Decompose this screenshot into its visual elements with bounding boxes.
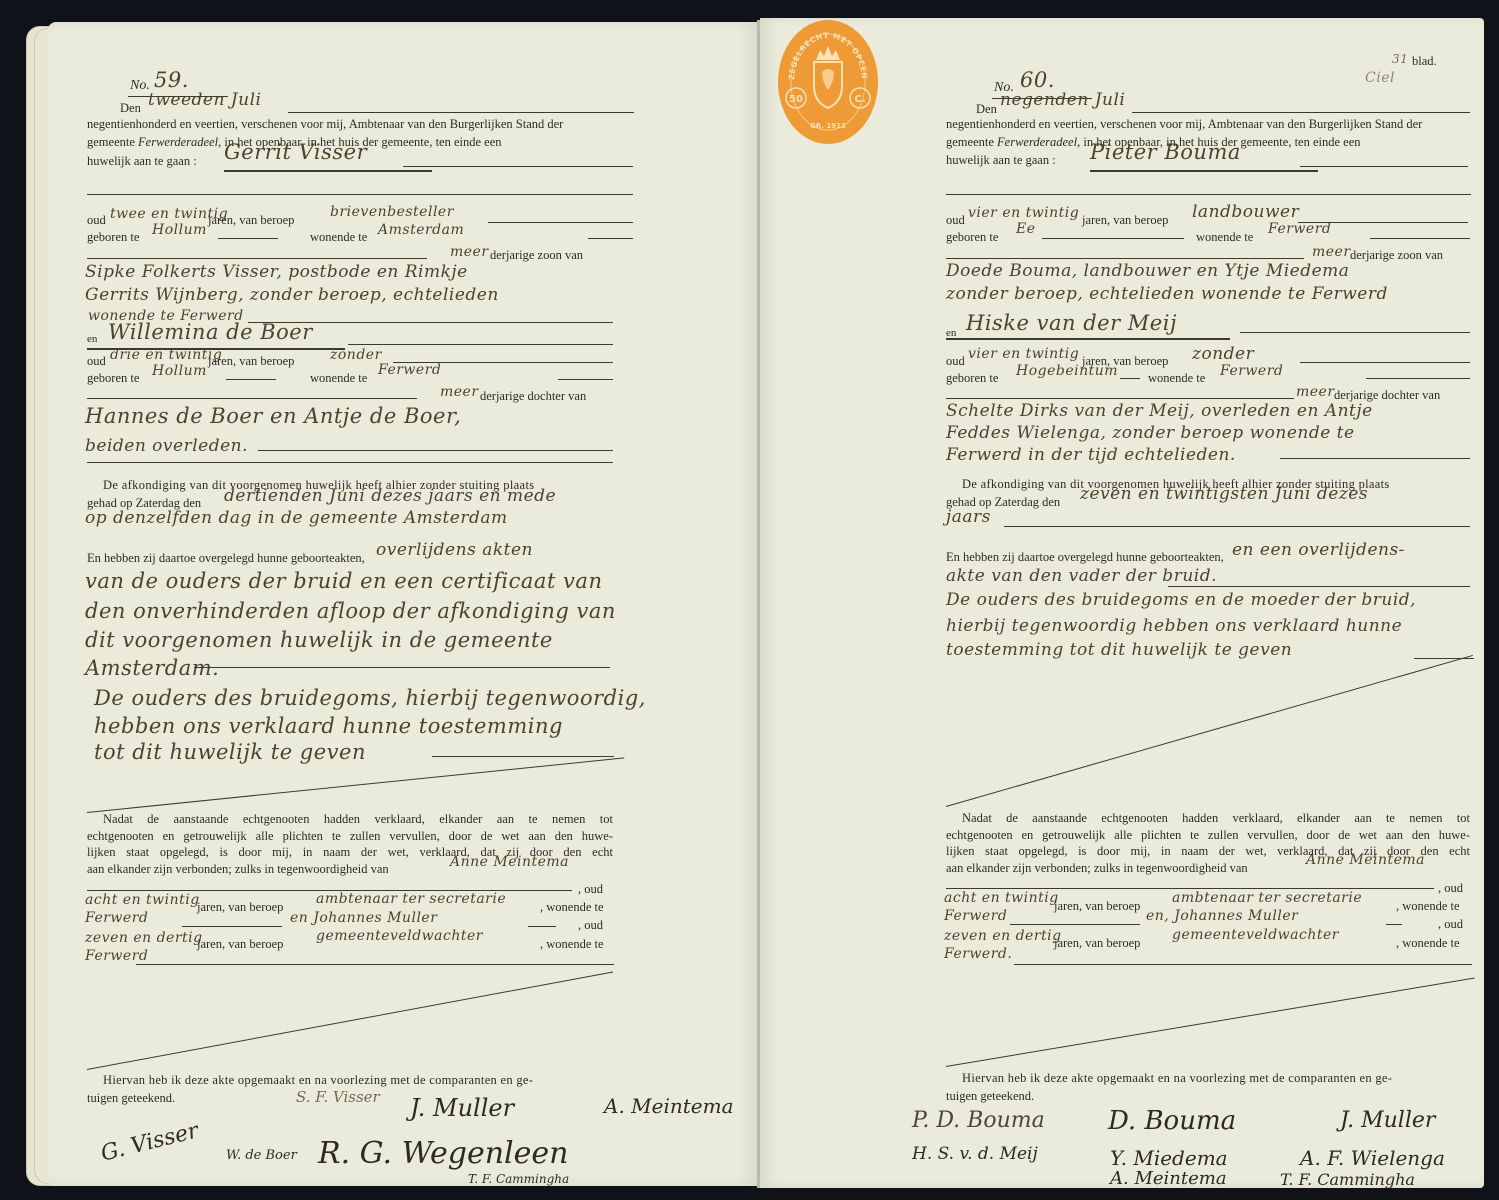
documents-hw-4: Amsterdam. bbox=[85, 656, 219, 680]
witness1-age: acht en twintig bbox=[85, 892, 200, 908]
witness2-occupation: gemeenteveldwachter bbox=[1172, 927, 1339, 943]
right-page-record-60: ZEGELRECHT MET OPCENTEN 50 C. GR. 1913 3… bbox=[760, 18, 1484, 1188]
signature-groom-father: D. Bouma bbox=[1108, 1106, 1236, 1136]
fill-line bbox=[1386, 924, 1402, 925]
fill-line bbox=[1300, 362, 1470, 363]
record-no-label: No. bbox=[130, 78, 150, 94]
den-label: Den bbox=[976, 101, 997, 117]
jaren-beroep-label: jaren, van beroep bbox=[197, 899, 283, 915]
bride-name-underline bbox=[946, 338, 1230, 340]
oud-label: oud bbox=[87, 212, 106, 228]
marriage-date: negenden Juli bbox=[1000, 90, 1125, 110]
jaren-beroep-label: jaren, van beroep bbox=[208, 212, 294, 228]
fill-line bbox=[87, 258, 427, 259]
fill-line bbox=[946, 194, 1471, 195]
witness1-residence: Ferwerd bbox=[944, 908, 1007, 924]
fill-line bbox=[87, 194, 633, 195]
groom-name-underline bbox=[1090, 170, 1318, 172]
svg-text:C.: C. bbox=[854, 94, 865, 105]
majority-prefix: meer bbox=[1312, 244, 1351, 260]
geboren-label: geboren te bbox=[946, 370, 998, 386]
ceremony-line: echtgenooten en getrouwelijk alle plicht… bbox=[946, 827, 1470, 844]
bride-birthplace: Hollum bbox=[152, 363, 207, 379]
wonende-label: wonende te bbox=[1148, 370, 1205, 386]
fill-line bbox=[1010, 924, 1140, 925]
fill-line bbox=[136, 964, 614, 965]
wonende-suffix: , wonende te bbox=[1396, 898, 1460, 914]
fill-line bbox=[87, 462, 613, 463]
fill-line bbox=[946, 258, 1304, 259]
consent-hw-2: tot dit huwelijk te geven bbox=[94, 740, 366, 764]
wonende-label: wonende te bbox=[1196, 229, 1253, 245]
fill-line bbox=[258, 450, 613, 451]
fill-line bbox=[403, 166, 633, 167]
fill-line bbox=[488, 222, 633, 223]
fill-line bbox=[1240, 332, 1470, 333]
documents-hw-1: akte van den vader der bruid. bbox=[946, 566, 1217, 586]
majority-son-label: derjarige zoon van bbox=[1350, 247, 1443, 263]
signature-groom-mother: Y. Miedema bbox=[1110, 1146, 1228, 1170]
consent-hw-2: toestemming tot dit huwelijk te geven bbox=[946, 640, 1292, 660]
ceremony-line-last: aan elkander zijn verbonden; zulks in te… bbox=[946, 860, 1248, 876]
geboren-label: geboren te bbox=[87, 370, 139, 386]
bride-birthplace: Hogebeintum bbox=[1016, 363, 1118, 379]
groom-parents-line2: zonder beroep, echtelieden wonende te Fe… bbox=[946, 284, 1388, 304]
fill-line bbox=[1014, 964, 1472, 965]
signature-groom-father: S. F. Visser bbox=[296, 1088, 380, 1106]
jaren-beroep-label: jaren, van beroep bbox=[1054, 898, 1140, 914]
bride-parents-line1: Schelte Dirks van der Meij, overleden en… bbox=[946, 401, 1373, 421]
fill-line bbox=[946, 888, 1434, 889]
fill-line bbox=[1168, 586, 1470, 587]
witness2-age: zeven en dertig bbox=[85, 930, 203, 946]
closing-line1: Hiervan heb ik deze akte opgemaakt en na… bbox=[962, 1070, 1392, 1086]
bride-occupation: zonder bbox=[330, 347, 382, 363]
oud-label: oud bbox=[946, 353, 965, 369]
folio-number: 31 bbox=[1392, 52, 1408, 66]
fill-line bbox=[226, 379, 276, 380]
marriage-date: tweeden Juli bbox=[148, 90, 261, 110]
majority-prefix: meer bbox=[440, 384, 479, 400]
fill-line bbox=[1132, 112, 1470, 113]
fill-line bbox=[528, 926, 556, 927]
ceremony-line: Nadat de aanstaande echtgenooten hadden … bbox=[87, 811, 613, 828]
documents-hw-1: van de ouders der bruid en een certifica… bbox=[85, 569, 602, 593]
consent-hw-0: De ouders des bruidegoms, hierbij tegenw… bbox=[94, 686, 646, 710]
groom-birthplace: Ee bbox=[1016, 221, 1036, 237]
fill-line bbox=[194, 667, 610, 668]
witness2-age: zeven en dertig bbox=[944, 928, 1062, 944]
majority-prefix: meer bbox=[450, 244, 489, 260]
intro-text-line3: huwelijk aan te gaan : bbox=[946, 152, 1056, 168]
witness1-age: acht en twintig bbox=[944, 890, 1059, 906]
fill-line bbox=[288, 112, 634, 113]
open-register-book: No. 59. Den tweeden Juli negentienhonder… bbox=[18, 12, 1490, 1192]
bride-age: vier en twintig bbox=[968, 346, 1079, 362]
fill-line bbox=[1370, 238, 1470, 239]
margin-note: Ciel bbox=[1365, 70, 1395, 86]
signature-witness-meintema: A. Meintema bbox=[604, 1094, 734, 1118]
left-page-record-59: No. 59. Den tweeden Juli negentienhonder… bbox=[48, 22, 758, 1186]
geboren-label: geboren te bbox=[946, 229, 998, 245]
bride-age: drie en twintig bbox=[110, 347, 222, 363]
bride-parents-line3: Ferwerd in der tijd echtelieden. bbox=[946, 445, 1236, 465]
bride-occupation: zonder bbox=[1192, 344, 1254, 364]
oud-suffix: , oud bbox=[1438, 880, 1463, 896]
bride-parents-line2: Feddes Wielenga, zonder beroep wonende t… bbox=[946, 423, 1355, 443]
oud-suffix: , oud bbox=[578, 881, 603, 897]
oud-label: oud bbox=[87, 353, 106, 369]
witness2-residence: Ferwerd. bbox=[944, 946, 1012, 962]
fill-line bbox=[182, 926, 282, 927]
majority-prefix: meer bbox=[1296, 384, 1335, 400]
witness1-residence: Ferwerd bbox=[85, 910, 148, 926]
documents-label: En hebben zij daartoe overgelegd hunne g… bbox=[946, 549, 1224, 565]
municipality-name: Ferwerderadeel bbox=[997, 135, 1077, 149]
bride-name: Hiske van der Meij bbox=[966, 311, 1177, 335]
fill-line bbox=[946, 398, 1294, 399]
strike-through-line bbox=[87, 757, 624, 813]
ceremony-line: Nadat de aanstaande echtgenooten hadden … bbox=[946, 810, 1470, 827]
record-number: 59. bbox=[154, 68, 189, 92]
fill-line bbox=[558, 379, 613, 380]
oud-suffix: , oud bbox=[578, 917, 603, 933]
wonende-label: wonende te bbox=[310, 229, 367, 245]
ceremony-line-last: aan elkander zijn verbonden; zulks in te… bbox=[87, 861, 389, 877]
bride-residence: Ferwerd bbox=[1220, 363, 1283, 379]
groom-name-underline bbox=[224, 170, 432, 172]
witness2-residence: Ferwerd bbox=[85, 948, 148, 964]
fill-line bbox=[588, 238, 633, 239]
bride-parents-line2: beiden overleden. bbox=[85, 436, 248, 456]
consent-hw-1: hebben ons verklaard hunne toestemming bbox=[94, 714, 563, 738]
consent-hw-0: De ouders des bruidegoms en de moeder de… bbox=[946, 590, 1416, 610]
svg-text:50: 50 bbox=[789, 94, 803, 105]
bride-name: Willemina de Boer bbox=[108, 320, 313, 344]
closing-line2: tuigen geteekend. bbox=[87, 1090, 175, 1106]
signature-bride: H. S. v. d. Meij bbox=[912, 1144, 1038, 1164]
majority-son-label: derjarige zoon van bbox=[490, 247, 583, 263]
jaren-beroep-label: jaren, van beroep bbox=[208, 353, 294, 369]
fill-line bbox=[218, 238, 278, 239]
folio-label: blad. bbox=[1412, 54, 1437, 69]
intro-text-line1: negentienhonderd en veertien, verschenen… bbox=[87, 116, 563, 132]
signature-witness-muller: J. Muller bbox=[1340, 1108, 1435, 1133]
proclamation-date: zeven en twintigsten Juni dezes bbox=[1080, 484, 1368, 504]
groom-residence: Amsterdam bbox=[378, 222, 464, 238]
closing-line2: tuigen geteekend. bbox=[946, 1088, 1034, 1104]
wonende-suffix: , wonende te bbox=[1396, 935, 1460, 951]
signature-registrar-cammingha: T. F. Cammingha bbox=[1280, 1170, 1415, 1189]
signature-witness-meintema: A. Meintema bbox=[1110, 1168, 1227, 1189]
witness1-occupation: ambtenaar ter secretarie bbox=[316, 891, 506, 907]
jaren-beroep-label: jaren, van beroep bbox=[1054, 935, 1140, 951]
jaren-beroep-label: jaren, van beroep bbox=[197, 936, 283, 952]
groom-name: Gerrit Visser bbox=[224, 140, 367, 164]
jaren-beroep-label: jaren, van beroep bbox=[1082, 212, 1168, 228]
record-number: 60. bbox=[1020, 68, 1055, 92]
stamp-crest-icon: ZEGELRECHT MET OPCENTEN 50 C. GR. 1913 bbox=[778, 20, 878, 144]
groom-parents-line1: Sipke Folkerts Visser, postbode en Rimkj… bbox=[85, 262, 468, 282]
oud-label: oud bbox=[946, 212, 965, 228]
documents-hw-0: en een overlijdens- bbox=[1232, 540, 1405, 560]
proclamation-date-cont: op denzelfden dag in de gemeente Amsterd… bbox=[85, 508, 508, 528]
fill-line bbox=[87, 398, 417, 399]
gemeente-label: gemeente bbox=[87, 135, 135, 149]
signature-cammingha: T. F. Cammingha bbox=[468, 1172, 569, 1186]
fill-line bbox=[348, 344, 613, 345]
groom-birthplace: Hollum bbox=[152, 222, 207, 238]
signature-registrar: R. G. Wegenleen bbox=[318, 1136, 568, 1171]
documents-hw-3: dit voorgenomen huwelijk in de gemeente bbox=[85, 628, 553, 652]
witness2-name: en Johannes Muller bbox=[290, 910, 437, 926]
documents-hw-2: den onverhinderden afloop der afkondigin… bbox=[85, 599, 616, 623]
documents-hw-0: overlijdens akten bbox=[376, 540, 533, 560]
strike-through-line bbox=[946, 978, 1475, 1067]
strike-through-line bbox=[87, 972, 613, 1070]
bride-parents-line1: Hannes de Boer en Antje de Boer, bbox=[85, 404, 461, 428]
witness1-occupation: ambtenaar ter secretarie bbox=[1172, 890, 1362, 906]
intro-text-line3: huwelijk aan te gaan : bbox=[87, 153, 197, 169]
closing-line1: Hiervan heb ik deze akte opgemaakt en na… bbox=[103, 1072, 533, 1088]
majority-daughter-label: derjarige dochter van bbox=[480, 388, 586, 404]
gemeente-label: gemeente bbox=[946, 135, 994, 149]
fill-line bbox=[1120, 378, 1140, 379]
signature-groom: P. D. Bouma bbox=[912, 1108, 1045, 1133]
wonende-suffix: , wonende te bbox=[540, 899, 604, 915]
witness1-name: Anne Meintema bbox=[450, 854, 569, 870]
fill-line bbox=[1004, 526, 1470, 527]
groom-parents-line2: Gerrits Wijnberg, zonder beroep, echteli… bbox=[85, 285, 499, 305]
en-label: en bbox=[87, 331, 97, 347]
groom-occupation: brievenbesteller bbox=[330, 204, 454, 220]
wonende-suffix: , wonende te bbox=[540, 936, 604, 952]
groom-occupation: landbouwer bbox=[1192, 202, 1299, 222]
groom-residence: Ferwerd bbox=[1268, 221, 1331, 237]
signature-groom: G. Visser bbox=[98, 1118, 201, 1166]
signature-bride-mother: A. F. Wielenga bbox=[1300, 1146, 1445, 1170]
svg-text:GR. 1913: GR. 1913 bbox=[810, 122, 846, 130]
bride-residence: Ferwerd bbox=[378, 362, 441, 378]
fill-line bbox=[1280, 458, 1470, 459]
witness1-name: Anne Meintema bbox=[1306, 852, 1425, 868]
strike-through-line bbox=[946, 655, 1473, 807]
fill-line bbox=[432, 756, 614, 757]
documents-label: En hebben zij daartoe overgelegd hunne g… bbox=[87, 550, 365, 566]
tax-stamp-50c: ZEGELRECHT MET OPCENTEN 50 C. GR. 1913 bbox=[778, 20, 878, 144]
ceremony-line: echtgenooten en getrouwelijk alle plicht… bbox=[87, 828, 613, 845]
municipality-name: Ferwerderadeel bbox=[138, 135, 218, 149]
fill-line bbox=[1300, 166, 1468, 167]
geboren-label: geboren te bbox=[87, 229, 139, 245]
signature-witness-muller: J. Muller bbox=[410, 1094, 514, 1122]
groom-name: Pieter Bouma bbox=[1090, 140, 1241, 164]
signature-bride: W. de Boer bbox=[226, 1148, 297, 1163]
witness2-name: en, Johannes Muller bbox=[1146, 908, 1298, 924]
intro-text-line1: negentienhonderd en veertien, verschenen… bbox=[946, 116, 1422, 132]
fill-line bbox=[1042, 238, 1184, 239]
fill-line bbox=[1366, 378, 1470, 379]
oud-suffix: , oud bbox=[1438, 916, 1463, 932]
den-label: Den bbox=[120, 100, 141, 116]
proclamation-date-cont: jaars bbox=[946, 507, 991, 527]
groom-age: vier en twintig bbox=[968, 205, 1079, 221]
proclamation-date: dertienden Juni dezes jaars en mede bbox=[224, 486, 556, 506]
groom-parents-line1: Doede Bouma, landbouwer en Ytje Miedema bbox=[946, 261, 1349, 281]
consent-hw-1: hierbij tegenwoordig hebben ons verklaar… bbox=[946, 616, 1402, 636]
witness2-occupation: gemeenteveldwachter bbox=[316, 928, 483, 944]
wonende-label: wonende te bbox=[310, 370, 367, 386]
